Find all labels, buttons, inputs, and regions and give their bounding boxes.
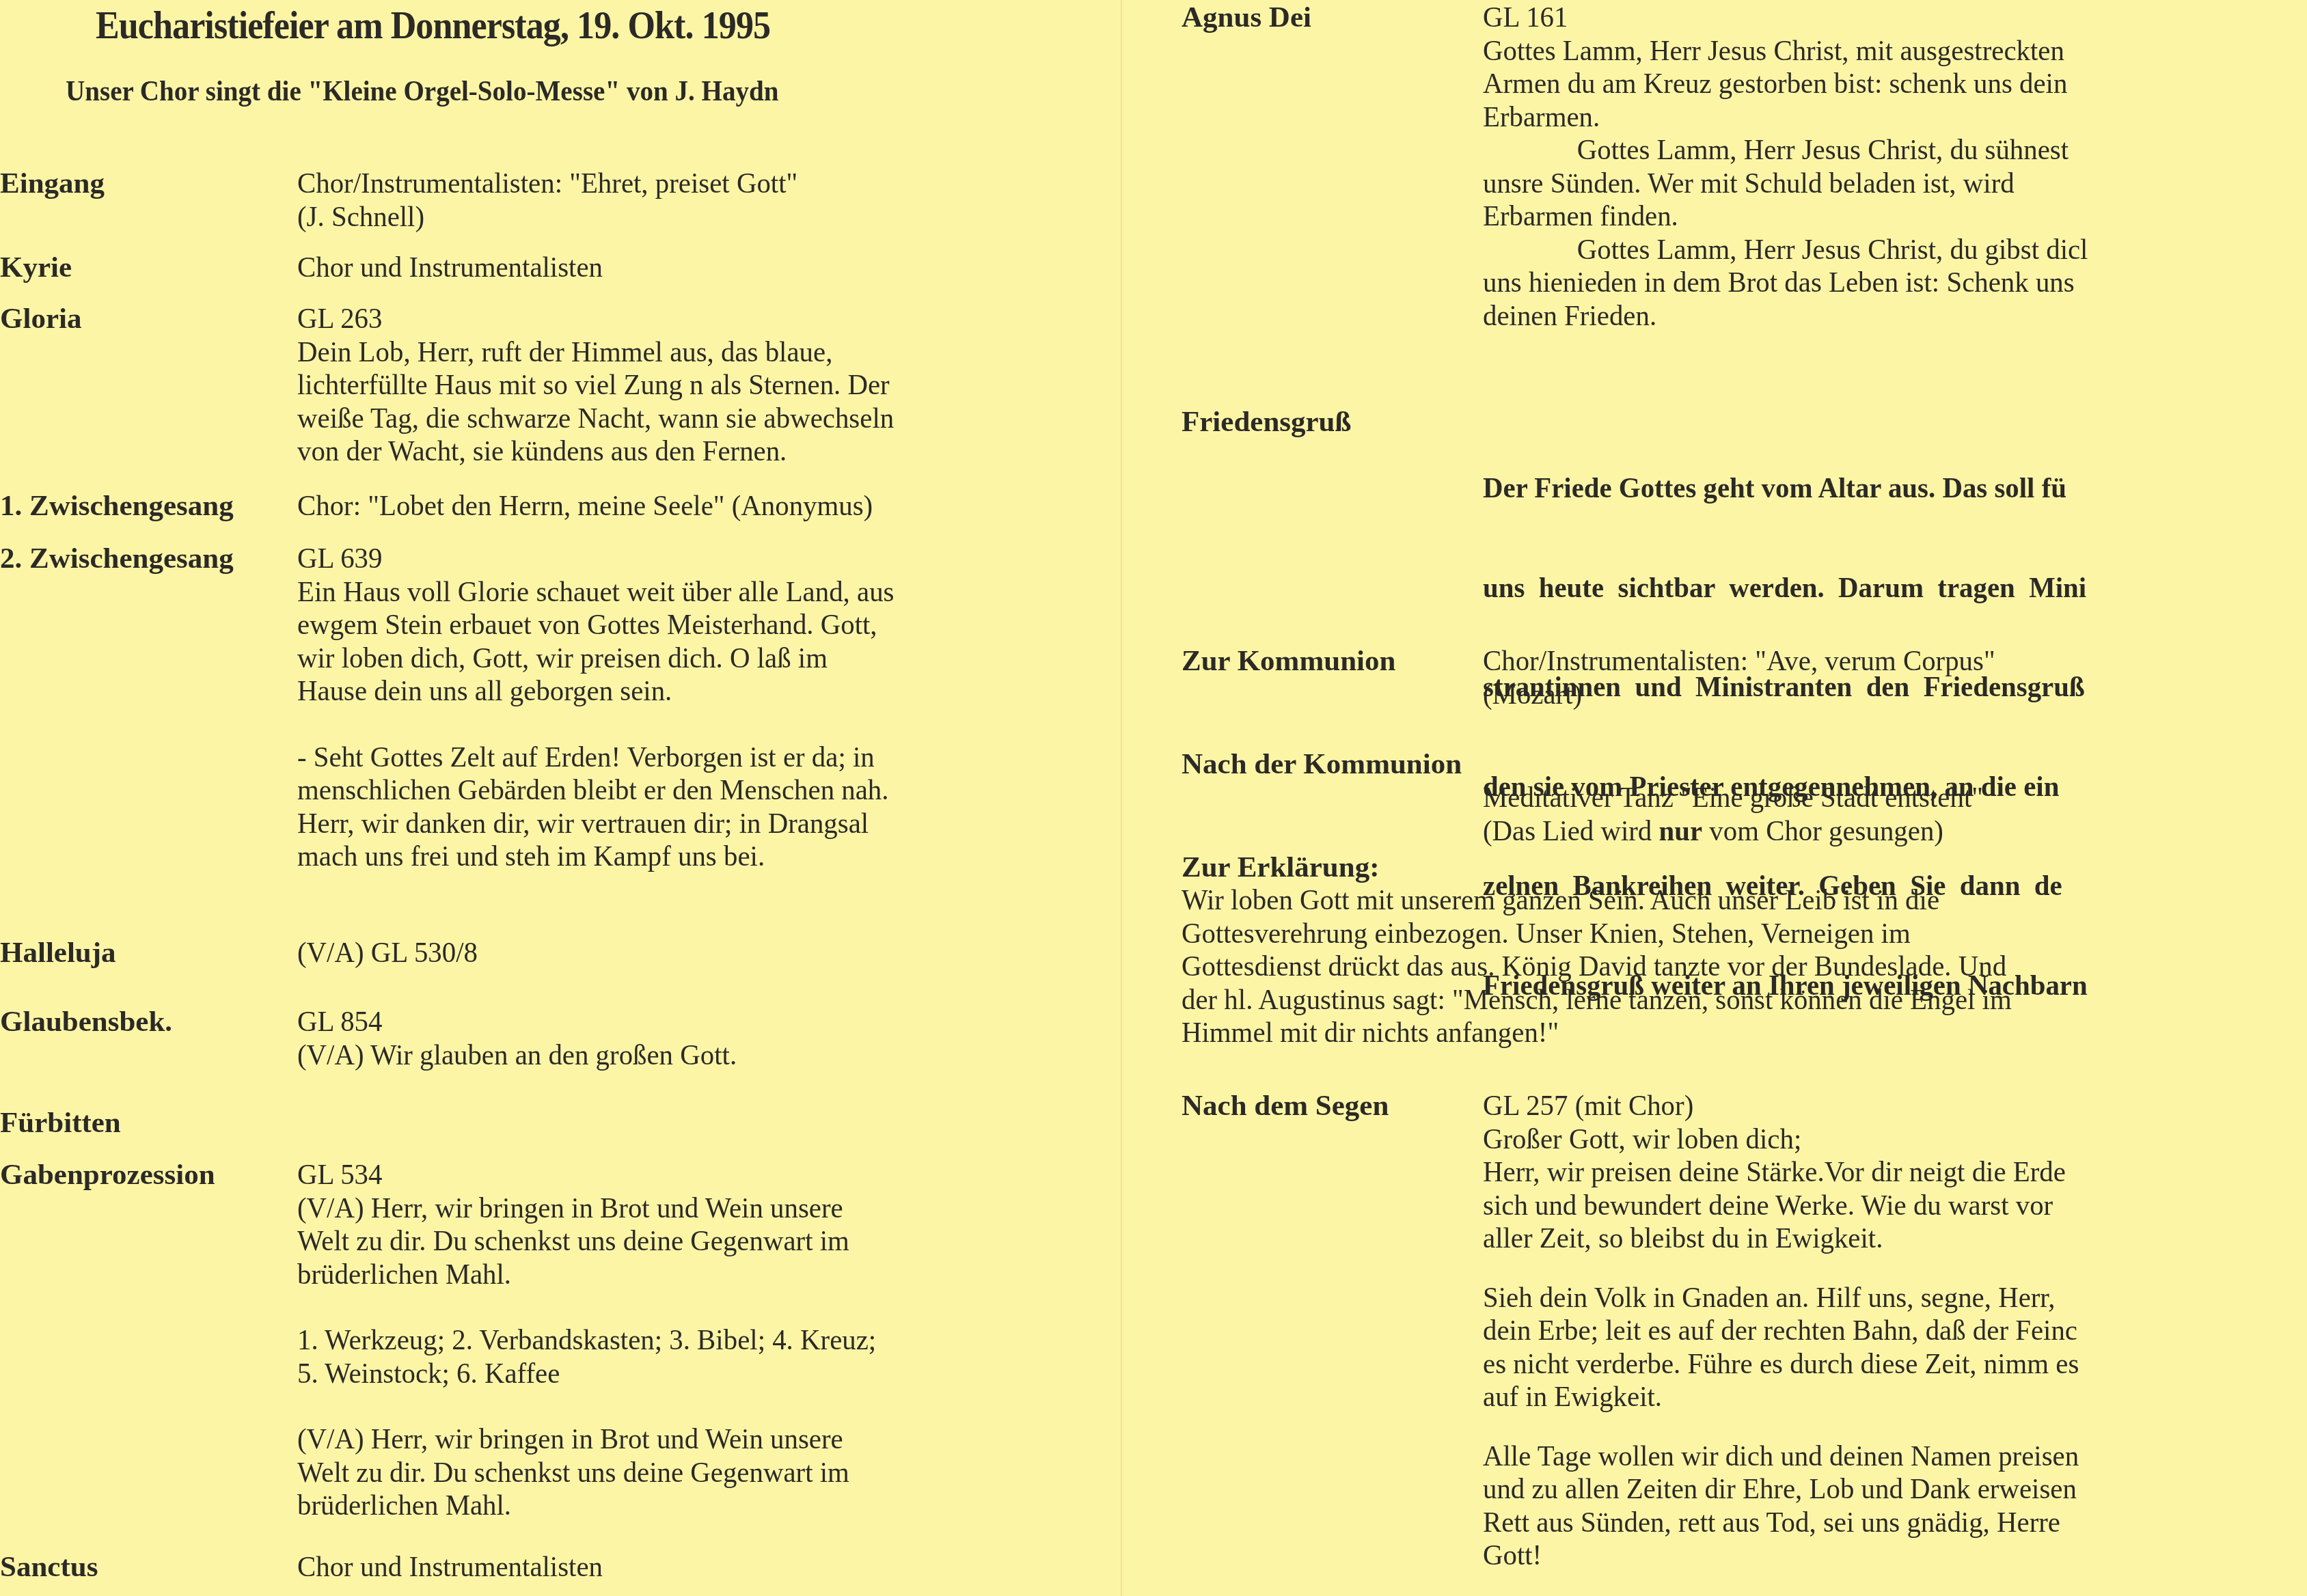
text-line: 1. Werkzeug; 2. Verbandskasten; 3. Bibel… <box>297 1324 876 1358</box>
text-line: lichterfüllte Haus mit so viel Zung n al… <box>297 369 894 402</box>
text-line: (V/A) GL 530/8 <box>297 937 478 970</box>
section-body: GL 161 Gottes Lamm, Herr Jesus Christ, m… <box>1483 1 2088 333</box>
section-label: Halleluja <box>0 937 116 969</box>
text-line: brüderlichen Mahl. <box>297 1258 876 1292</box>
text-line: Himmel mit dir nichts anfangen!" <box>1182 1017 2012 1050</box>
text-line: wir loben dich, Gott, wir preisen dich. … <box>297 642 894 676</box>
page-title: Eucharistiefeier am Donnerstag, 19. Okt.… <box>96 4 770 48</box>
section-label: Sanctus <box>0 1551 98 1584</box>
text-line: 5. Weinstock; 6. Kaffee <box>297 1358 876 1391</box>
left-page: Eucharistiefeier am Donnerstag, 19. Okt.… <box>0 0 1121 1596</box>
text-line: Dein Lob, Herr, ruft der Himmel aus, das… <box>297 336 894 370</box>
text-line: (Mozart) <box>1483 678 1995 712</box>
stanza-gap <box>1483 1414 2079 1440</box>
text-line: sich und bewundert deine Werke. Wie du w… <box>1483 1189 2079 1223</box>
text-fragment: vom Chor gesungen) <box>1702 815 1943 847</box>
text-line: Wir loben Gott mit unserem ganzen Sein. … <box>1182 884 2012 918</box>
text-line: uns heute sichtbar werden. Darum tragen … <box>1483 572 2088 605</box>
section-body: Chor: "Lobet den Herrn, meine Seele" (An… <box>297 490 873 523</box>
text-line: aller Zeit, so bleibst du in Ewigkeit. <box>1483 1222 2079 1256</box>
explanation-heading: Zur Erklärung: <box>1182 851 1380 884</box>
stanza-gap <box>1483 1256 2079 1282</box>
text-line: Gottesdienst drückt das aus. König David… <box>1182 950 2012 984</box>
text-line: Chor/Instrumentalisten: "Ave, verum Corp… <box>1483 645 1995 678</box>
text-line: brüderlichen Mahl. <box>297 1489 876 1523</box>
text-fragment: (Das Lied wird <box>1483 815 1659 847</box>
text-line: (V/A) Wir glauben an den großen Gott. <box>297 1039 737 1073</box>
hymn-number: GL 257 (mit Chor) <box>1483 1090 2079 1123</box>
section-label: Gloria <box>0 303 81 335</box>
stanza-gap <box>297 708 894 741</box>
section-body: GL 257 (mit Chor) Großer Gott, wir loben… <box>1483 1090 2079 1573</box>
text-line: Der Friede Gottes geht vom Altar aus. Da… <box>1483 472 2088 506</box>
hymn-number: GL 854 <box>297 1006 737 1039</box>
section-label: Agnus Dei <box>1182 1 1311 34</box>
text-line: menschlichen Gebärden bleibt er den Mens… <box>297 774 894 808</box>
section-label: Kyrie <box>0 251 72 284</box>
text-line: Welt zu dir. Du schenkst uns deine Gegen… <box>297 1457 876 1490</box>
right-page: Agnus Dei GL 161 Gottes Lamm, Herr Jesus… <box>1121 0 2307 1596</box>
text-line: Armen du am Kreuz gestorben bist: schenk… <box>1483 68 2088 101</box>
text-line: auf in Ewigkeit. <box>1483 1381 2079 1414</box>
section-label: Gabenprozession <box>0 1159 215 1192</box>
text-line: Gott! <box>1483 1539 2079 1573</box>
section-label: Eingang <box>0 167 105 200</box>
section-label: 2. Zwischengesang <box>0 542 234 575</box>
section-label: Glaubensbek. <box>0 1006 172 1038</box>
text-line: Herr, wir danken dir, wir vertrauen dir;… <box>297 808 894 841</box>
text-line: dein Erbe; leit es auf der rechten Bahn,… <box>1483 1315 2079 1348</box>
text-line: Gottes Lamm, Herr Jesus Christ, du gibst… <box>1483 234 2088 267</box>
text-line: weiße Tag, die schwarze Nacht, wann sie … <box>297 402 894 436</box>
text-line: ewgem Stein erbauet von Gottes Meisterha… <box>297 609 894 642</box>
section-body: Chor/Instrumentalisten: "Ave, verum Corp… <box>1483 645 1995 711</box>
text-line: Gottes Lamm, Herr Jesus Christ, mit ausg… <box>1483 35 2088 68</box>
section-body: Chor und Instrumentalisten <box>297 1551 603 1584</box>
text-line: Ein Haus voll Glorie schauet weit über a… <box>297 576 894 609</box>
section-body: (V/A) GL 530/8 <box>297 937 478 970</box>
section-body: GL 854 (V/A) Wir glauben an den großen G… <box>297 1006 737 1072</box>
section-label: 1. Zwischengesang <box>0 490 234 523</box>
text-line: Rett aus Sünden, rett aus Tod, sei uns g… <box>1483 1506 2079 1540</box>
section-body: Chor und Instrumentalisten <box>297 251 603 285</box>
hymn-number: GL 263 <box>297 303 894 336</box>
text-line: (V/A) Herr, wir bringen in Brot und Wein… <box>297 1423 876 1457</box>
text-line: (V/A) Herr, wir bringen in Brot und Wein… <box>297 1192 876 1226</box>
text-line: mach uns frei und steh im Kampf uns bei. <box>297 840 894 874</box>
page-subtitle: Unser Chor singt die "Kleine Orgel-Solo-… <box>66 75 778 108</box>
text-line: (Das Lied wird nur vom Chor gesungen) <box>1483 815 1983 849</box>
section-body: GL 263 Dein Lob, Herr, ruft der Himmel a… <box>297 303 894 469</box>
section-label: Friedensgruß <box>1182 406 1351 439</box>
text-line: (J. Schnell) <box>297 201 797 234</box>
hymn-number: GL 534 <box>297 1159 876 1192</box>
text-line: von der Wacht, sie kündens aus den Ferne… <box>297 435 894 469</box>
text-line: deinen Frieden. <box>1483 300 2088 333</box>
text-line: unsre Sünden. Wer mit Schuld beladen ist… <box>1483 167 2088 201</box>
text-line: Chor/Instrumentalisten: "Ehret, preiset … <box>297 167 797 201</box>
section-body: Meditativer Tanz "Eine große Stadt entst… <box>1483 782 1983 848</box>
text-line: Meditativer Tanz "Eine große Stadt entst… <box>1483 782 1983 815</box>
text-line: und zu allen Zeiten dir Ehre, Lob und Da… <box>1483 1473 2079 1506</box>
text-line: Chor und Instrumentalisten <box>297 1551 603 1584</box>
text-line: Herr, wir preisen deine Stärke.Vor dir n… <box>1483 1156 2079 1189</box>
text-line: Sieh dein Volk in Gnaden an. Hilf uns, s… <box>1483 1282 2079 1315</box>
section-label: Zur Kommunion <box>1182 645 1395 678</box>
text-line: der hl. Augustinus sagt: "Mensch, lerne … <box>1182 984 2012 1017</box>
hymn-number: GL 639 <box>297 542 894 576</box>
text-line: Erbarmen finden. <box>1483 200 2088 234</box>
section-body: Chor/Instrumentalisten: "Ehret, preiset … <box>297 167 797 234</box>
text-line: Großer Gott, wir loben dich; <box>1483 1123 2079 1157</box>
emphasis: nur <box>1659 815 1703 847</box>
text-line: - Seht Gottes Zelt auf Erden! Verborgen … <box>297 741 894 775</box>
text-line: uns hienieden in dem Brot das Leben ist:… <box>1483 266 2088 300</box>
text-line: Erbarmen. <box>1483 101 2088 135</box>
stanza-gap <box>297 1390 876 1423</box>
section-body: GL 534 (V/A) Herr, wir bringen in Brot u… <box>297 1159 876 1523</box>
explanation-paragraph: Wir loben Gott mit unserem ganzen Sein. … <box>1182 884 2012 1050</box>
section-body: GL 639 Ein Haus voll Glorie schauet weit… <box>297 542 894 874</box>
stanza-gap <box>297 1291 876 1324</box>
text-line: Hause dein uns all geborgen sein. <box>297 675 894 708</box>
text-line: Chor: "Lobet den Herrn, meine Seele" (An… <box>297 490 873 523</box>
section-label: Nach der Kommunion <box>1182 748 1462 781</box>
text-line: Gottesverehrung einbezogen. Unser Knien,… <box>1182 918 2012 951</box>
text-line: Gottes Lamm, Herr Jesus Christ, du sühne… <box>1483 134 2088 167</box>
section-label: Fürbitten <box>0 1107 121 1140</box>
text-line: Welt zu dir. Du schenkst uns deine Gegen… <box>297 1225 876 1258</box>
section-label: Nach dem Segen <box>1182 1090 1389 1123</box>
text-line: Alle Tage wollen wir dich und deinen Nam… <box>1483 1440 2079 1474</box>
text-line: es nicht verderbe. Führe es durch diese … <box>1483 1348 2079 1381</box>
text-line: Chor und Instrumentalisten <box>297 251 603 285</box>
hymn-number: GL 161 <box>1483 1 2088 35</box>
